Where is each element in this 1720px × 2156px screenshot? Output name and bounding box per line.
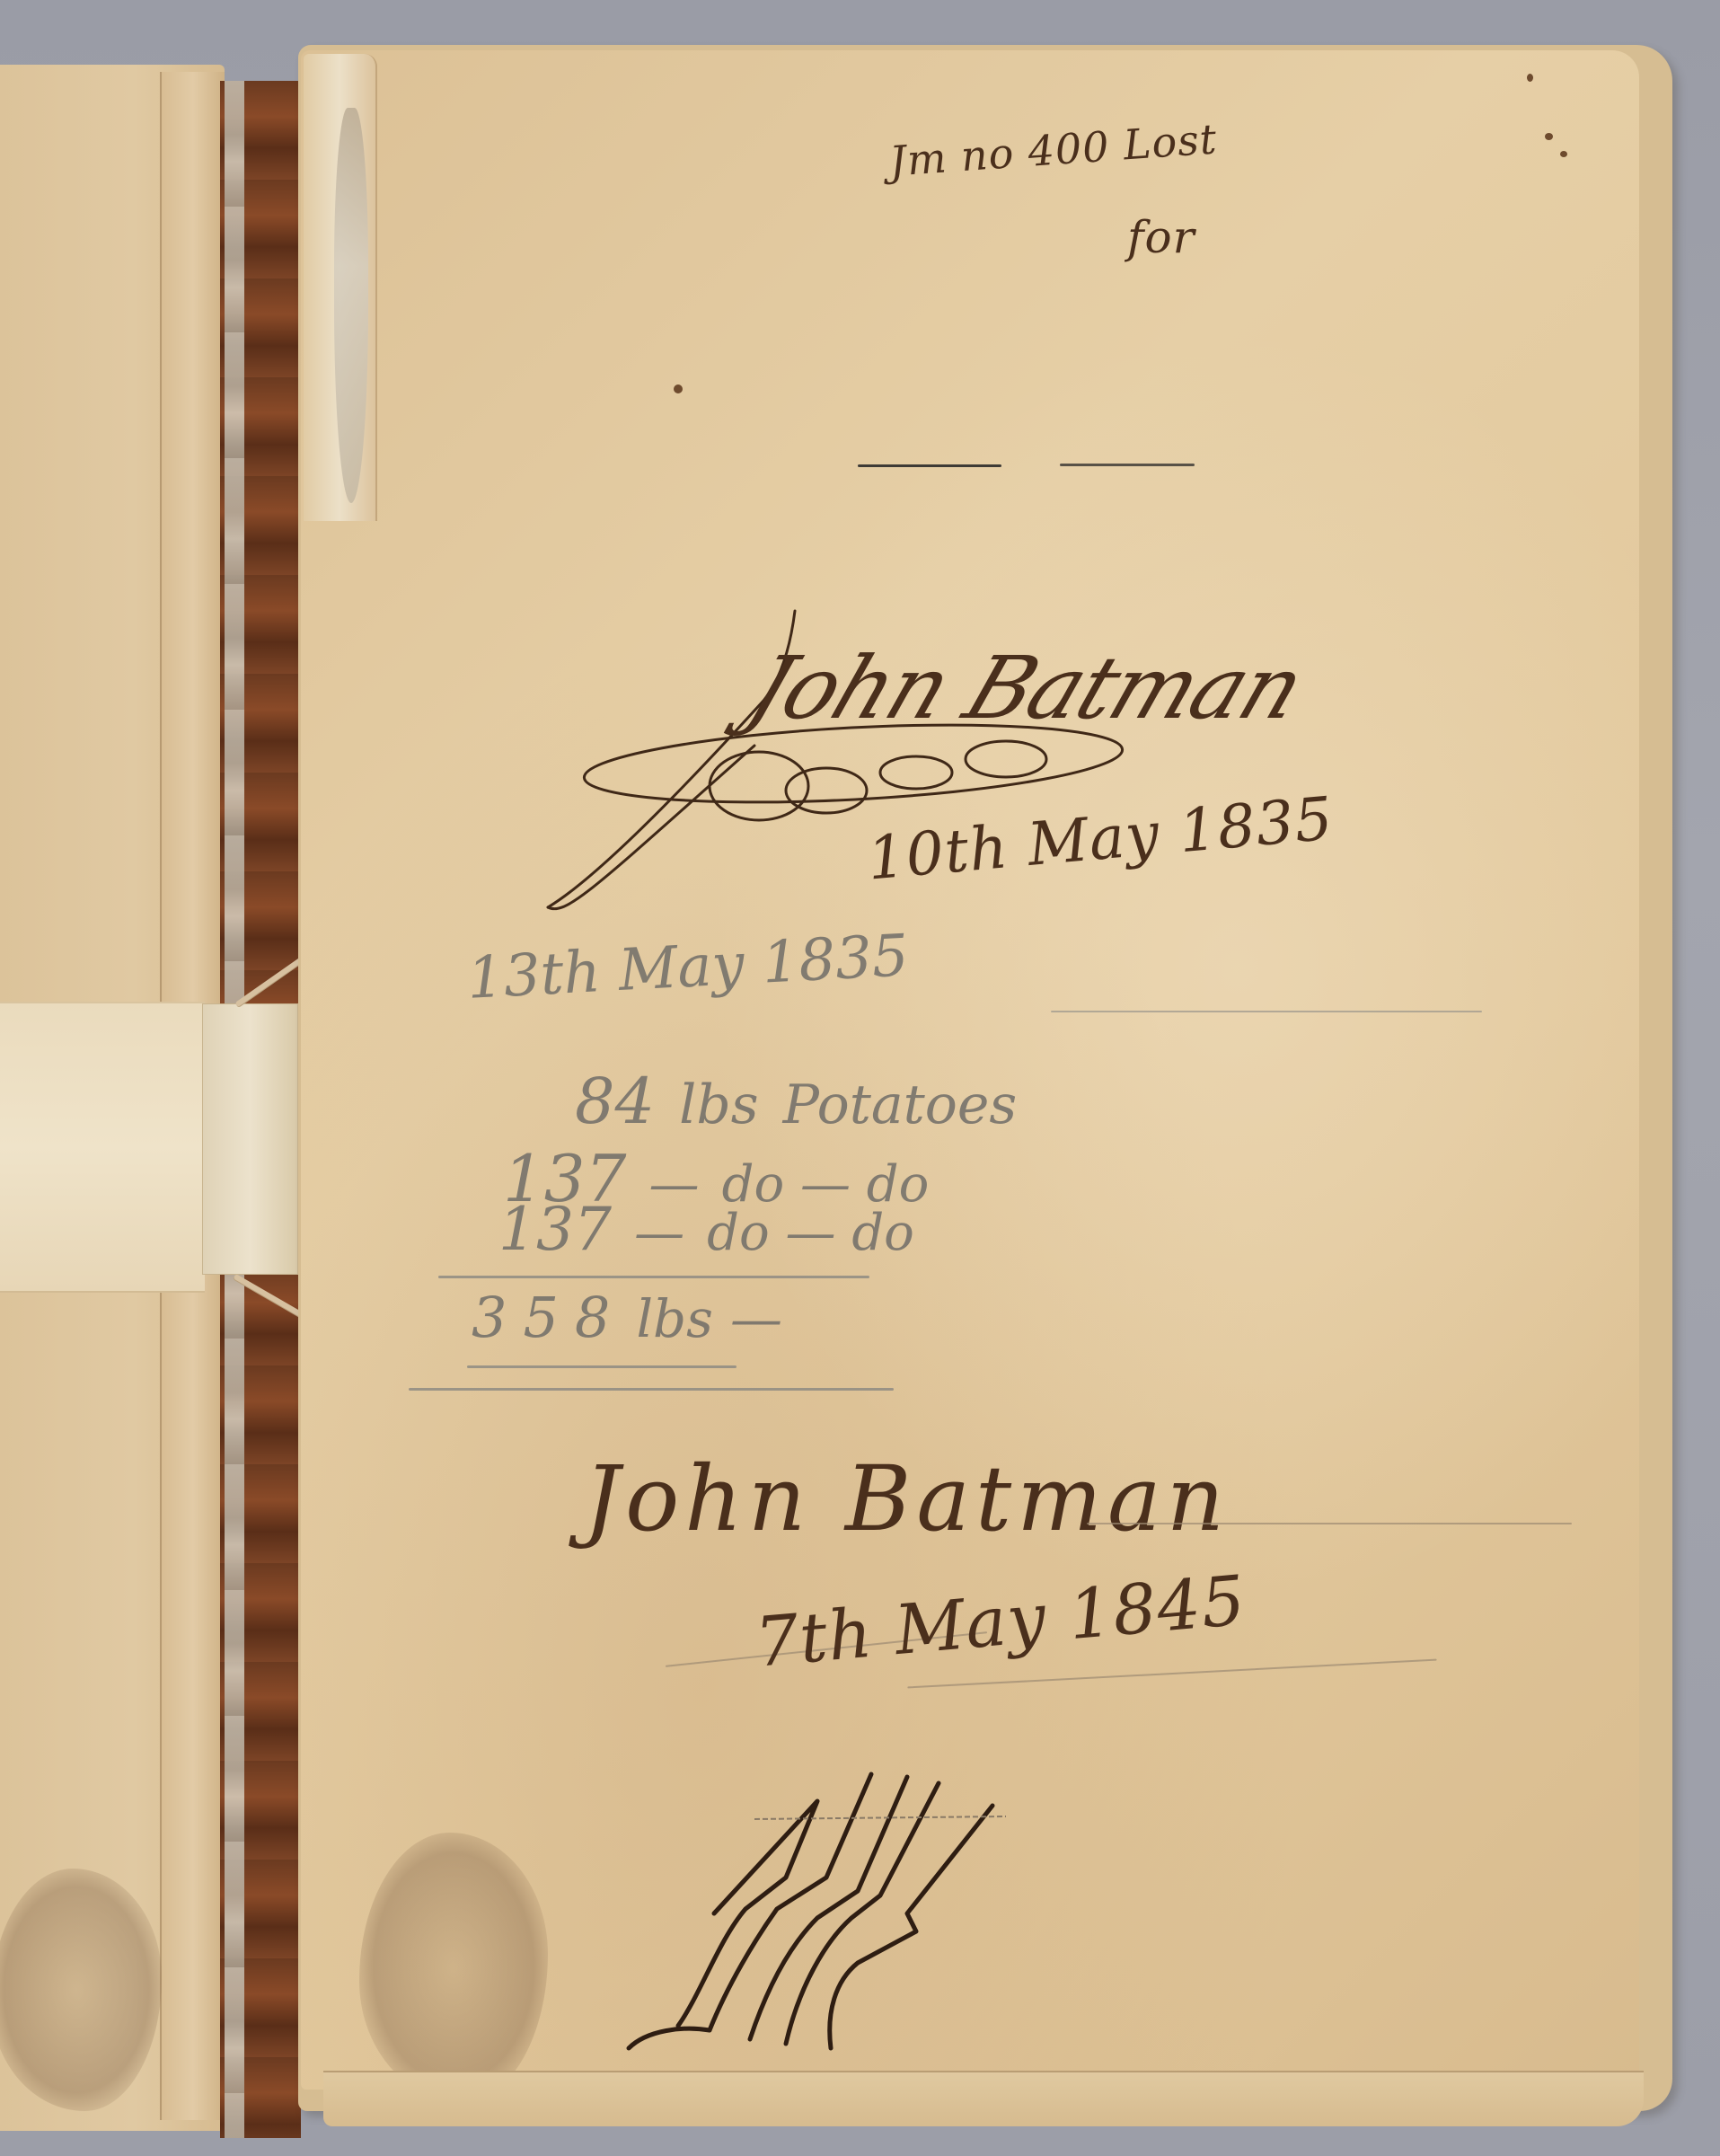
pencil-item: do — do bbox=[707, 1204, 914, 1262]
pencil-unit: — bbox=[634, 1204, 684, 1262]
pen-doodle bbox=[611, 1761, 1114, 2057]
foxing-spot bbox=[1545, 133, 1553, 140]
pencil-item: Potatoes bbox=[783, 1074, 1017, 1136]
pencil-sum-rule bbox=[438, 1276, 869, 1278]
signature-1835-name: John Batman bbox=[737, 638, 1317, 738]
pencil-rule-top bbox=[1051, 1011, 1482, 1012]
signature-1845-rule bbox=[1087, 1523, 1572, 1524]
page-bottom-edge bbox=[323, 2071, 1644, 2126]
pencil-unit: lbs bbox=[679, 1074, 758, 1136]
foxing-spot bbox=[1527, 74, 1533, 82]
flap-tear bbox=[334, 108, 368, 503]
pencil-underline-1 bbox=[467, 1365, 737, 1368]
pencil-total: 358 lbs — bbox=[472, 1285, 782, 1350]
pencil-total-qty: 358 bbox=[472, 1285, 626, 1350]
repair-tape-left bbox=[0, 1002, 205, 1293]
ink-rule-left bbox=[858, 464, 1001, 467]
pencil-qty: 137 bbox=[498, 1195, 612, 1264]
pencil-total-trail: — bbox=[730, 1288, 782, 1349]
water-stain-left bbox=[0, 1869, 162, 2111]
top-note-line2: for bbox=[1127, 211, 1195, 263]
pencil-underline-2 bbox=[409, 1388, 894, 1391]
repair-tape-spine bbox=[202, 1003, 298, 1275]
legs-doodle-icon bbox=[611, 1761, 1114, 2057]
foxing-spot bbox=[674, 384, 683, 393]
water-stain-right bbox=[359, 1833, 548, 2102]
foxing-spot bbox=[1560, 151, 1567, 157]
pencil-row: 137 — do — do bbox=[498, 1195, 914, 1264]
pencil-total-unit: lbs bbox=[636, 1288, 712, 1349]
ink-rule-right bbox=[1060, 464, 1195, 466]
pencil-qty: 84 bbox=[575, 1065, 655, 1138]
pencil-row: 84 lbs Potatoes bbox=[575, 1065, 1017, 1138]
signature-1845-name: John Batman bbox=[584, 1446, 1230, 1551]
